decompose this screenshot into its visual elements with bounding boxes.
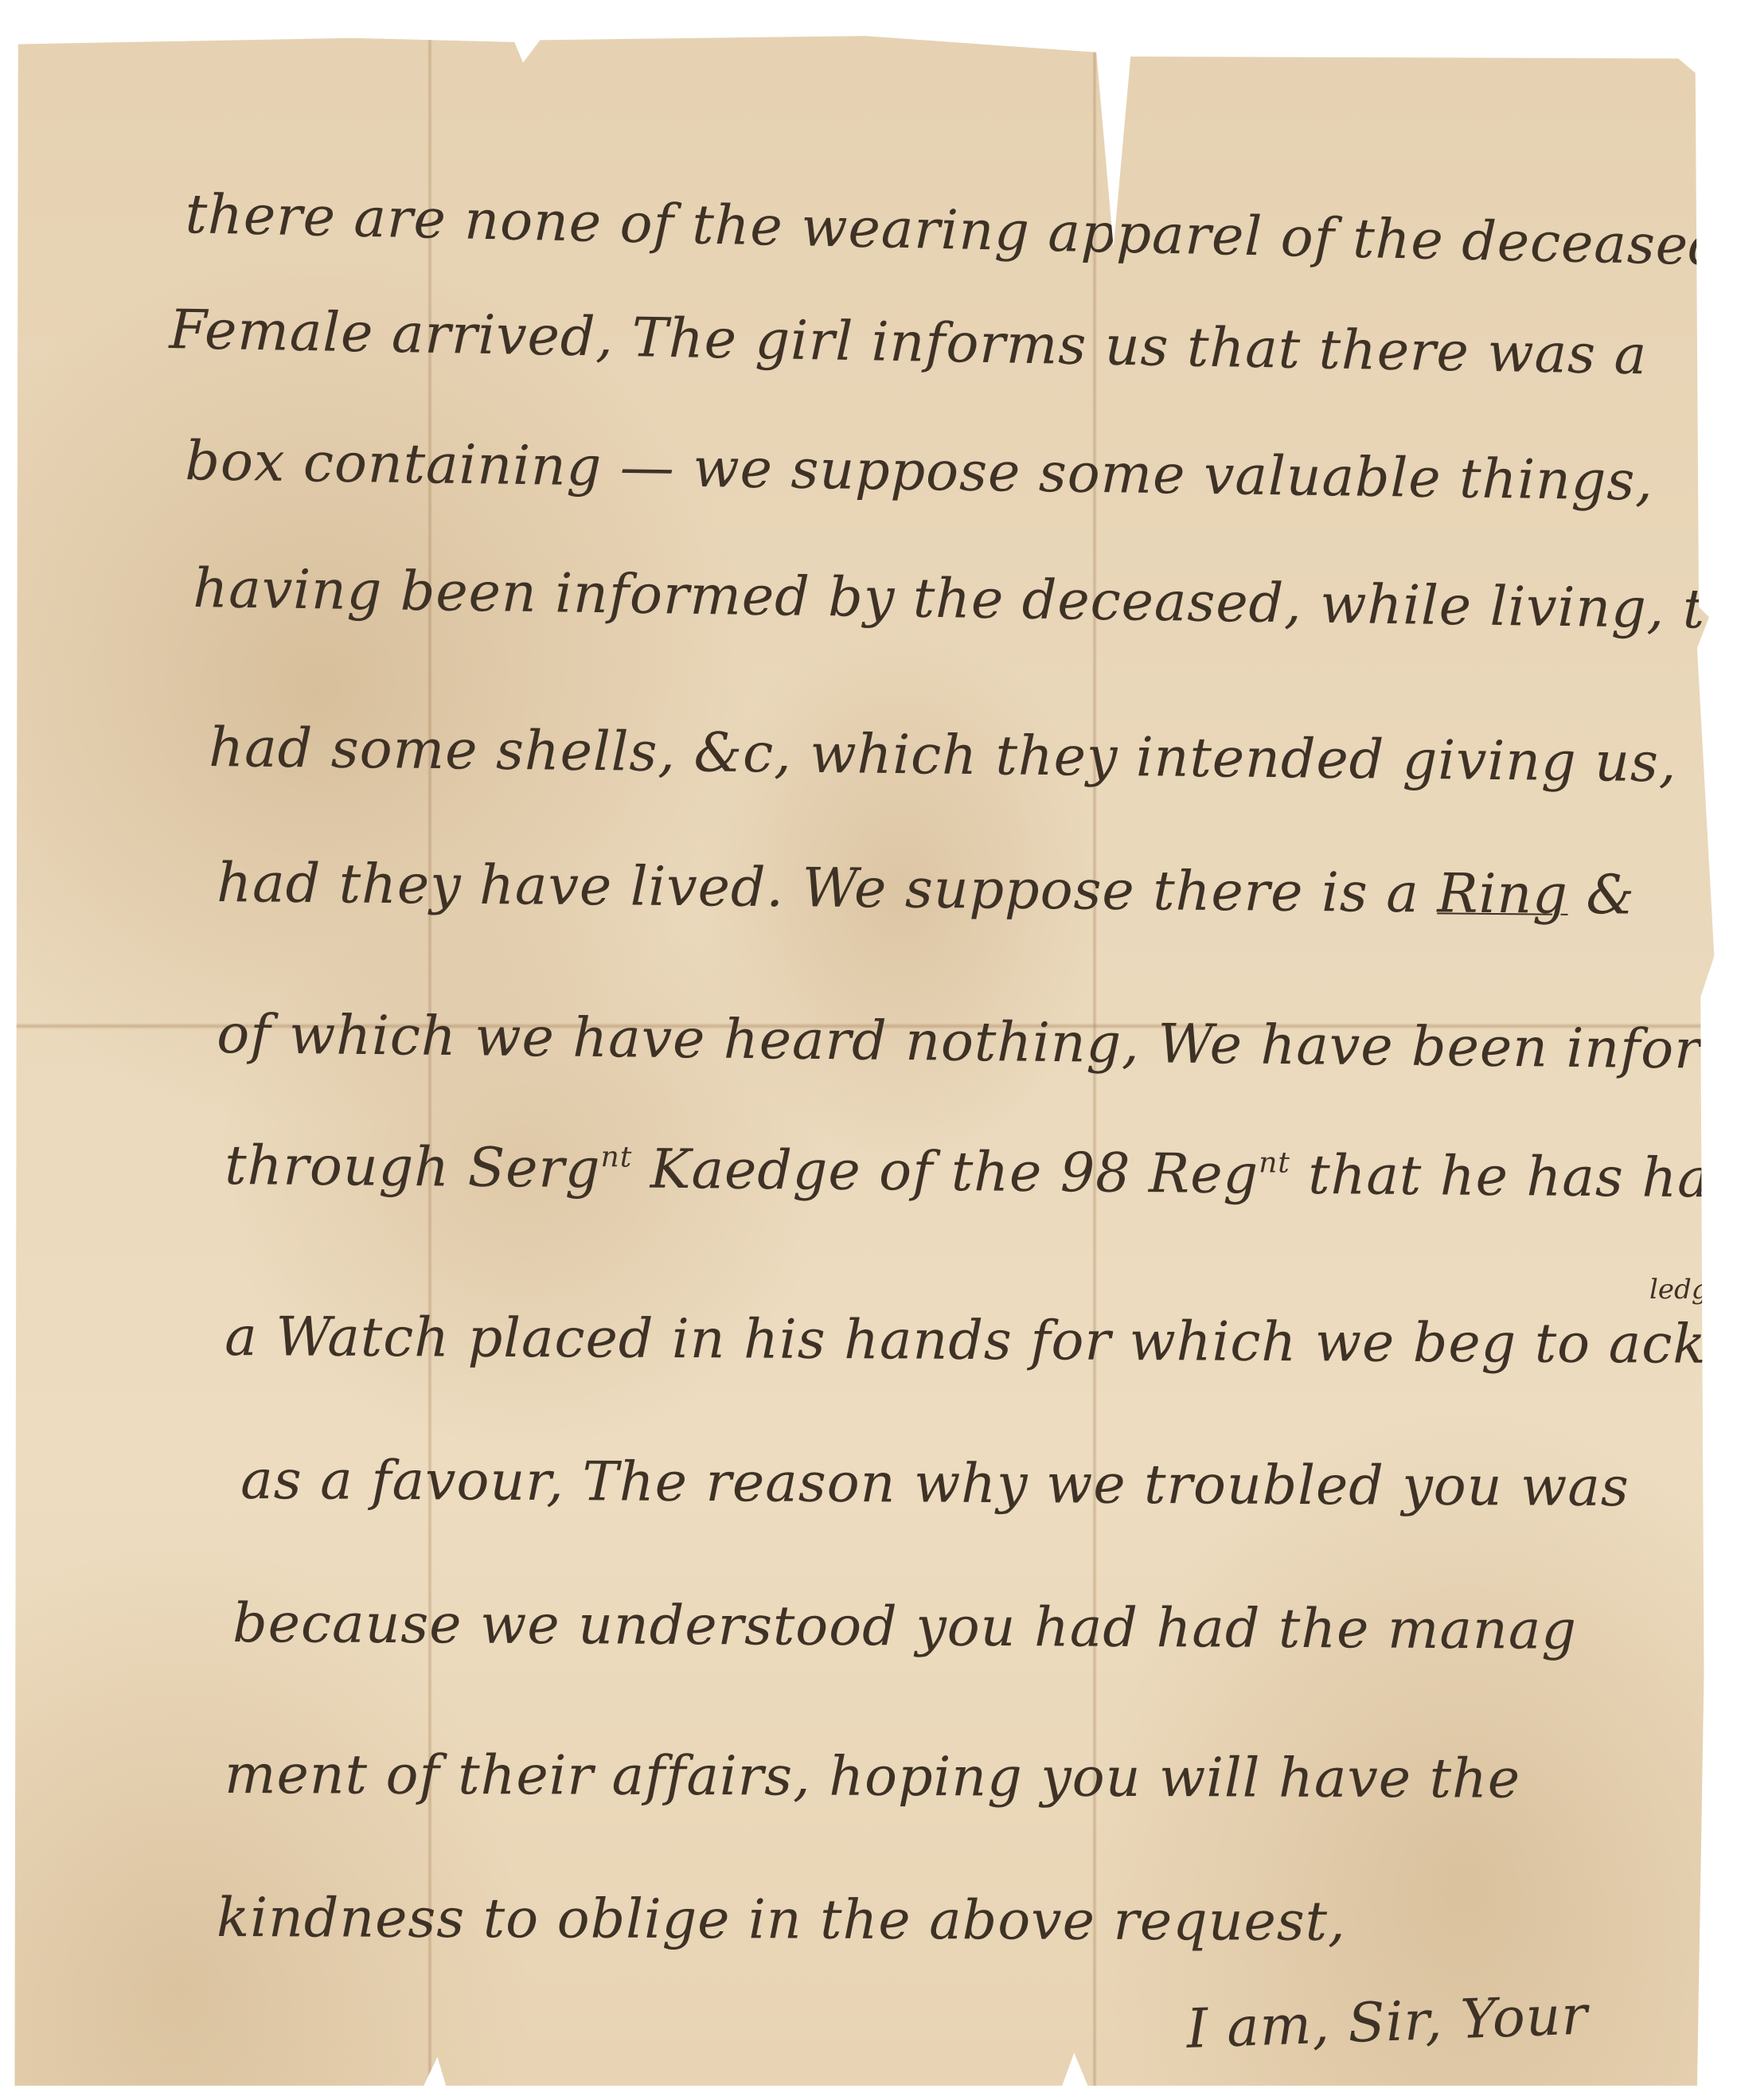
letter-sheet: there are none of the wearing apparel of…: [10, 32, 1721, 2086]
inserted-word: ledge: [1649, 1274, 1725, 1306]
letter-closing: I am, Sir, Your: [1185, 1984, 1589, 2061]
line-8-superscript-1: nt: [600, 1141, 632, 1173]
line-8-superscript-2: nt: [1259, 1146, 1290, 1179]
letter-line-1: there are none of the wearing apparel of…: [185, 183, 1724, 278]
letter-line-8: through Sergnt Kaedge of the 98 Regnt th…: [224, 1134, 1737, 1211]
letter-line-7: of which we have heard nothing, We have …: [217, 1003, 1737, 1083]
handwritten-text: there are none of the wearing apparel of…: [10, 32, 1721, 2086]
line-8-part-1: through Serg: [224, 1134, 601, 1200]
letter-line-13: kindness to oblige in the above request,: [217, 1887, 1346, 1954]
letter-line-3: box containing — we suppose some valuabl…: [185, 430, 1653, 513]
ampersand-mark: &: [1586, 864, 1635, 927]
letter-line-6: had they have lived. We suppose there is…: [217, 852, 1635, 927]
letter-line-12: ment of their affairs, hoping you will h…: [224, 1743, 1520, 1811]
letter-line-11: because we understood you had had the ma…: [232, 1592, 1577, 1662]
letter-line-5: had some shells, &c, which they intended…: [209, 716, 1677, 794]
letter-line-2: Female arrived, The girl informs us that…: [169, 299, 1648, 387]
line-8-part-2: Kaedge of the 98 Reg: [632, 1138, 1259, 1206]
letter-line-9: a Watch placed in his hands for which we…: [224, 1306, 1737, 1377]
letter-line-4: having been informed by the deceased, wh…: [193, 557, 1737, 645]
line-8-part-3: that he has had: [1290, 1144, 1737, 1211]
ring-word: Ring: [1437, 862, 1568, 926]
letter-line-10: as a favour, The reason why we troubled …: [240, 1449, 1630, 1519]
line-6-text: had they have lived. We suppose there is…: [217, 852, 1419, 925]
